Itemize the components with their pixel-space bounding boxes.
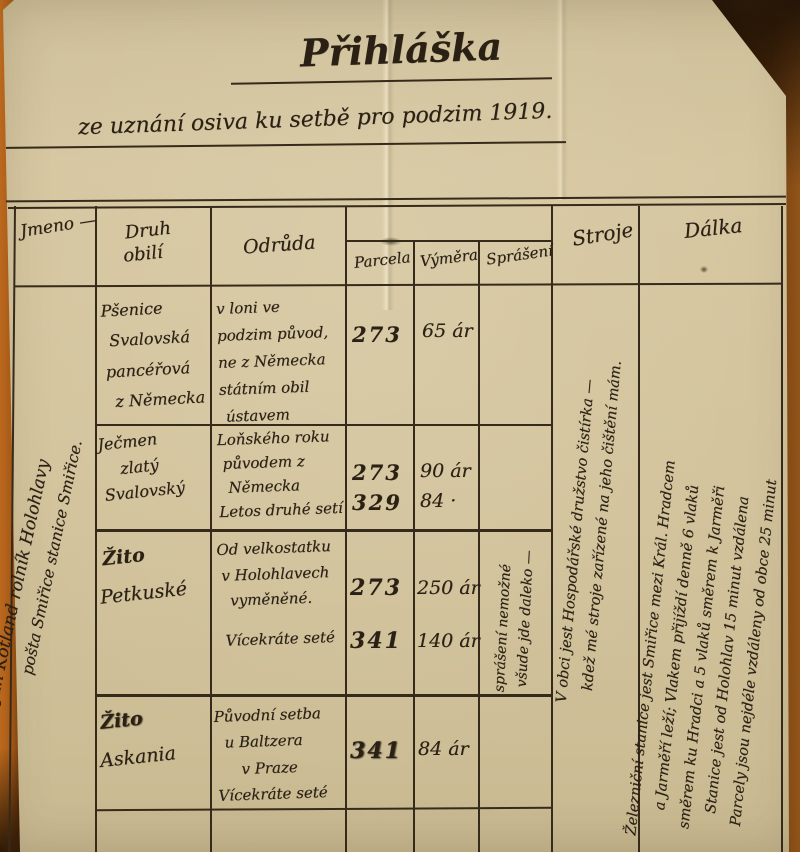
row2-variety-cell: Loňského roku původem z Německa Letos dr… — [216, 424, 343, 524]
row1-grain-l2: Svalovská — [108, 322, 202, 357]
row2-parcel-values: 273 329 — [352, 458, 402, 519]
col-line-area — [413, 240, 415, 852]
subheader-rule — [345, 240, 553, 242]
row4-variety-cell: Původní setba u Baltzera v Praze Vícekrá… — [213, 700, 328, 809]
row3-variety-l4: Vícekráte seté — [225, 624, 335, 653]
row4-area-value: 84 ár — [418, 738, 469, 762]
row3-parcel-l2: 341 — [350, 615, 402, 668]
col-line-pollination — [478, 240, 480, 852]
row3-variety-cell: Od velkostatku v Holohlavech vyměněné. V… — [216, 534, 335, 654]
row2-variety-l1: Loňského roku — [216, 424, 340, 452]
row4-variety-l2: u Baltzera — [224, 726, 326, 756]
row4-grain-l2: Askania — [98, 734, 178, 780]
row3-area-values: 250 ár 140 ár — [417, 562, 480, 668]
row2-rule — [95, 529, 553, 532]
row3-parcel-l1: 273 — [350, 562, 402, 615]
row3-variety-l3: vyměněné. — [230, 585, 334, 614]
row1-variety-cell: v loni ve podzim původ, ne z Německa stá… — [216, 292, 332, 431]
row4-variety-l1: Původní setba — [213, 700, 325, 730]
row1-variety-l4: státním obil — [219, 373, 331, 404]
row1-grain-cell: Pšenice Svalovská pancéřová z Německa — [100, 291, 206, 418]
header-grain-line1: Druh — [124, 218, 172, 245]
row1-grain-l4: z Německa — [115, 383, 206, 418]
document-title: Přihláška — [299, 22, 503, 77]
row3-area-l1: 250 ár — [417, 562, 480, 615]
row4-variety-l4: Vícekráte seté — [218, 779, 328, 809]
row3-variety-l2: v Holohlavech — [221, 560, 333, 589]
row1-variety-l2: podzim původ, — [217, 319, 329, 350]
row3-grain-cell: Žito Petkuské — [100, 532, 189, 616]
row2-parcel-l2: 329 — [352, 488, 402, 518]
row3-variety-l1: Od velkostatku — [216, 534, 332, 564]
row2-area-l1: 90 ár — [420, 456, 471, 486]
row2-area-values: 90 ár 84 · — [420, 456, 471, 517]
scanned-document-photo: Přihláška ze uznání osiva ku setbě pro p… — [0, 0, 800, 852]
row4-grain-cell: Žito Askania — [98, 696, 178, 779]
row1-area-value: 65 ár — [422, 320, 473, 344]
row2-variety-l4: Letos druhé setí — [219, 496, 343, 524]
row1-variety-l3: ne z Německa — [218, 346, 330, 377]
header-grain: Druh obilí — [124, 218, 175, 268]
row1-parcel-value: 273 — [352, 322, 402, 348]
header-variety: Odrůda — [242, 231, 316, 260]
row3-parcel-values: 273 341 — [350, 562, 402, 668]
row3-pollination-note: sprášení nemožné všude jde daleko — — [490, 522, 545, 694]
row2-parcel-l1: 273 — [352, 458, 402, 488]
row4-parcel-value: 341 — [350, 738, 402, 766]
row2-area-l2: 84 · — [420, 486, 471, 516]
row1-variety-l1: v loni ve — [216, 292, 328, 323]
row4-variety-l3: v Praze — [241, 753, 327, 782]
row3-area-l2: 140 ár — [417, 615, 480, 668]
row2-grain-cell: Ječmen zlatý Svalovský — [96, 424, 186, 509]
